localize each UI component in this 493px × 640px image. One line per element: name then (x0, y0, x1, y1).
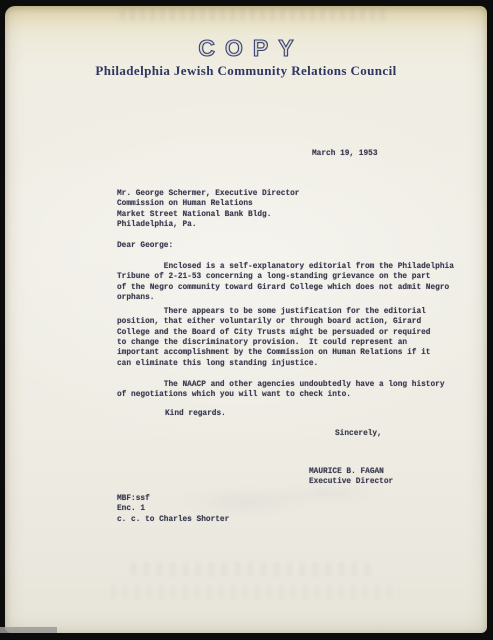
ink-bleedthrough-mark (130, 562, 375, 576)
regards-line: Kind regards. (165, 409, 226, 419)
scanned-letter-page: COPY Philadelphia Jewish Community Relat… (0, 0, 493, 640)
recipient-address: Mr. George Schermer, Executive Director … (117, 189, 299, 230)
reference-block: MBF:ssf Enc. 1 c. c. to Charles Shorter (117, 494, 229, 525)
letterhead-organization: Philadelphia Jewish Community Relations … (5, 63, 487, 79)
scan-edge-artifact (0, 627, 57, 633)
ink-bleedthrough-mark (120, 8, 390, 21)
salutation: Dear George: (117, 241, 173, 251)
ink-bleedthrough-mark (110, 586, 400, 599)
complimentary-close: Sincerely, (335, 429, 382, 439)
body-paragraph-1: Enclosed is a self-explanatory editorial… (117, 262, 454, 303)
signature-block: MAURICE B. FAGAN Executive Director (309, 467, 393, 488)
body-paragraph-2: There appears to be some justification f… (117, 307, 431, 369)
copy-stamp: COPY (5, 35, 487, 62)
date-line: March 19, 1953 (312, 149, 378, 159)
body-paragraph-3: The NAACP and other agencies undoubtedly… (117, 380, 445, 401)
letter-paper: COPY Philadelphia Jewish Community Relat… (5, 6, 487, 633)
